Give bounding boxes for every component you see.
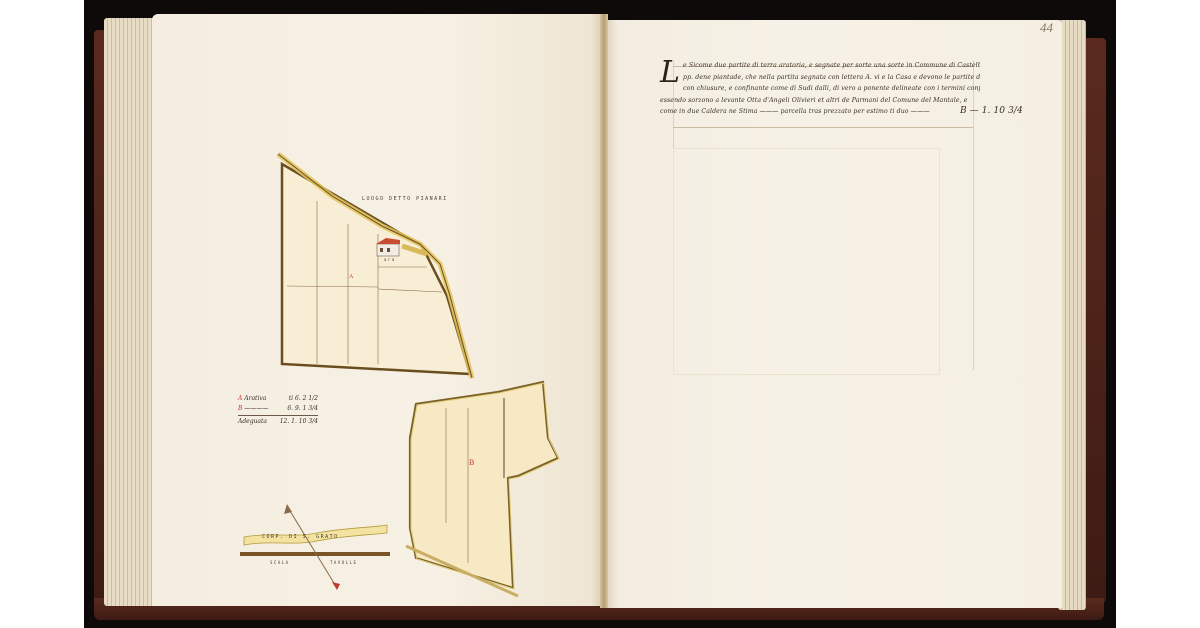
legend-row: B ———— 6. 9. 1 3/4: [238, 404, 318, 414]
map-a-parcel: [272, 146, 482, 386]
entry-line: e Sicome due partite di terra aratoria, …: [683, 60, 980, 72]
scale-text-left: SCALA: [270, 560, 290, 565]
entry-bottom-rule: [673, 127, 973, 128]
decorated-initial: L: [660, 60, 680, 86]
book-gutter: [600, 14, 608, 608]
map-a-parcel-label: A: [349, 274, 353, 280]
legend-total-row: Adeguata 12. 1. 10 3/4: [238, 415, 318, 427]
map-b-parcel-label: B: [469, 458, 474, 467]
folio-number: 44: [1040, 20, 1053, 36]
legend-row: A Arativa ti 6. 2 1/2: [238, 394, 318, 404]
register-entry: L e Sicome due partite di terra aratoria…: [660, 60, 980, 118]
entry-value: B — 1. 10 3/4: [960, 106, 1023, 118]
page-stack-right: [1058, 20, 1086, 610]
scale-bar-and-compass: [232, 500, 402, 595]
area-legend: A Arativa ti 6. 2 1/2 B ———— 6. 9. 1 3/4…: [238, 394, 318, 427]
scale-text-right: TAVOLLE: [330, 560, 357, 565]
entry-line: con chiusure, e confinante come di Sudi …: [683, 83, 980, 95]
map-a-title: LUOGO DETTO PIANARI: [362, 196, 448, 202]
entry-line: essendo sorzono a levante Otta d'Angeli …: [660, 95, 980, 107]
entry-line: come in due Caldera ne Stima ——— parcell…: [660, 106, 930, 118]
entry-line: pp. dene piantade, che nella partita seg…: [683, 72, 980, 84]
faint-offset-impression: [673, 148, 940, 375]
scale-ribbon-text: CORP. DI S. GRATO: [262, 534, 339, 540]
map-a-building-label: ara: [384, 257, 396, 262]
map-b-parcel: [398, 378, 568, 600]
page-stack-left: [104, 18, 156, 606]
